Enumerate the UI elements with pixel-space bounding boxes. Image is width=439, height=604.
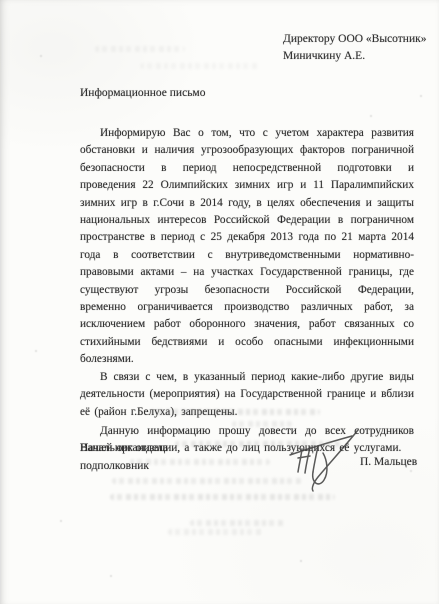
bleedthrough-mark (95, 46, 185, 52)
signature-scribble (286, 427, 368, 495)
scan-speck (420, 95, 422, 97)
scan-speck (35, 350, 37, 352)
scan-speck (40, 55, 42, 57)
scan-speck (150, 182, 152, 184)
bleedthrough-mark (150, 409, 320, 415)
scan-speck (410, 470, 412, 472)
scanned-letter-page: Директору ООО «Высотник» Миничкину А.Е. … (0, 0, 439, 604)
signoff-name: П. Мальцев (360, 456, 417, 468)
letter-subject: Информационное письмо (80, 87, 205, 99)
signoff-position-line1: Начальник отдела (80, 439, 168, 457)
recipient-title: Директору ООО «Высотник» (283, 31, 426, 48)
bleedthrough-mark (168, 529, 263, 535)
bleedthrough-mark (110, 494, 335, 500)
bleedthrough-mark (130, 459, 270, 465)
signoff-position-block: Начальник отдела подполковник (80, 439, 168, 475)
bleedthrough-mark (140, 63, 260, 69)
scan-speck (370, 115, 372, 117)
bleedthrough-mark (175, 441, 340, 447)
scan-speck (300, 560, 302, 562)
recipient-block: Директору ООО «Высотник» Миничкину А.Е. (283, 31, 426, 65)
scan-speck (60, 520, 62, 522)
bleedthrough-mark (232, 421, 292, 427)
scan-speck (110, 575, 112, 577)
paragraph-1: Информирую Вас о том, что с учетом харак… (80, 125, 414, 369)
letter-body: Информирую Вас о том, что с учетом харак… (80, 125, 414, 458)
recipient-name: Миничкину А.Е. (283, 48, 426, 65)
bleedthrough-mark (112, 478, 302, 484)
bleedthrough-mark (190, 520, 285, 526)
